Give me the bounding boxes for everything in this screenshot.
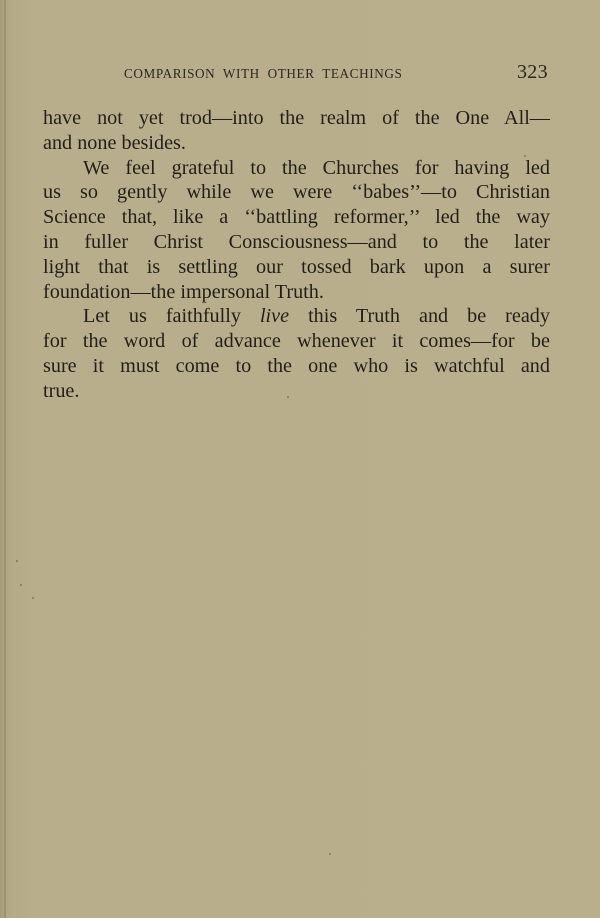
text-line: light that is settling our tossed bark u… bbox=[43, 255, 550, 280]
text-line: in fuller Christ Consciousness—and to th… bbox=[43, 230, 550, 255]
text-line: foundation—the impersonal Truth. bbox=[43, 280, 550, 305]
italic-word: live bbox=[260, 305, 289, 327]
text-line: Let us faithfully live this Truth and be… bbox=[43, 304, 550, 329]
page-number: 323 bbox=[517, 61, 548, 84]
paper-speck bbox=[287, 396, 289, 398]
paragraph-3: Let us faithfully live this Truth and be… bbox=[43, 304, 550, 403]
text-line: for the word of advance whenever it come… bbox=[43, 329, 550, 354]
paper-speck bbox=[20, 584, 22, 586]
text-line: true. bbox=[43, 379, 550, 404]
text-segment: this Truth and be ready bbox=[289, 305, 550, 327]
text-line: We feel grateful to the Churches for hav… bbox=[43, 156, 550, 181]
running-head: COMPARISON WITH OTHER TEACHINGS 323 bbox=[0, 63, 600, 85]
body-text: have not yet trod—into the realm of the … bbox=[43, 106, 550, 404]
text-line: Science that, like a ‘‘battling reformer… bbox=[43, 205, 550, 230]
paragraph-2: We feel grateful to the Churches for hav… bbox=[43, 156, 550, 305]
paragraph-1: have not yet trod—into the realm of the … bbox=[43, 106, 550, 156]
text-line: us so gently while we were ‘‘babes’’—to … bbox=[43, 180, 550, 205]
paper-speck bbox=[524, 155, 526, 157]
text-line: have not yet trod—into the realm of the … bbox=[43, 106, 550, 131]
running-title: COMPARISON WITH OTHER TEACHINGS bbox=[124, 66, 402, 82]
paper-speck bbox=[32, 597, 34, 599]
text-line: and none besides. bbox=[43, 131, 550, 156]
paper-speck bbox=[16, 560, 18, 562]
book-page: COMPARISON WITH OTHER TEACHINGS 323 have… bbox=[0, 0, 600, 918]
text-line: sure it must come to the one who is watc… bbox=[43, 354, 550, 379]
paper-speck bbox=[329, 853, 331, 855]
text-segment: Let us faithfully bbox=[83, 305, 260, 327]
